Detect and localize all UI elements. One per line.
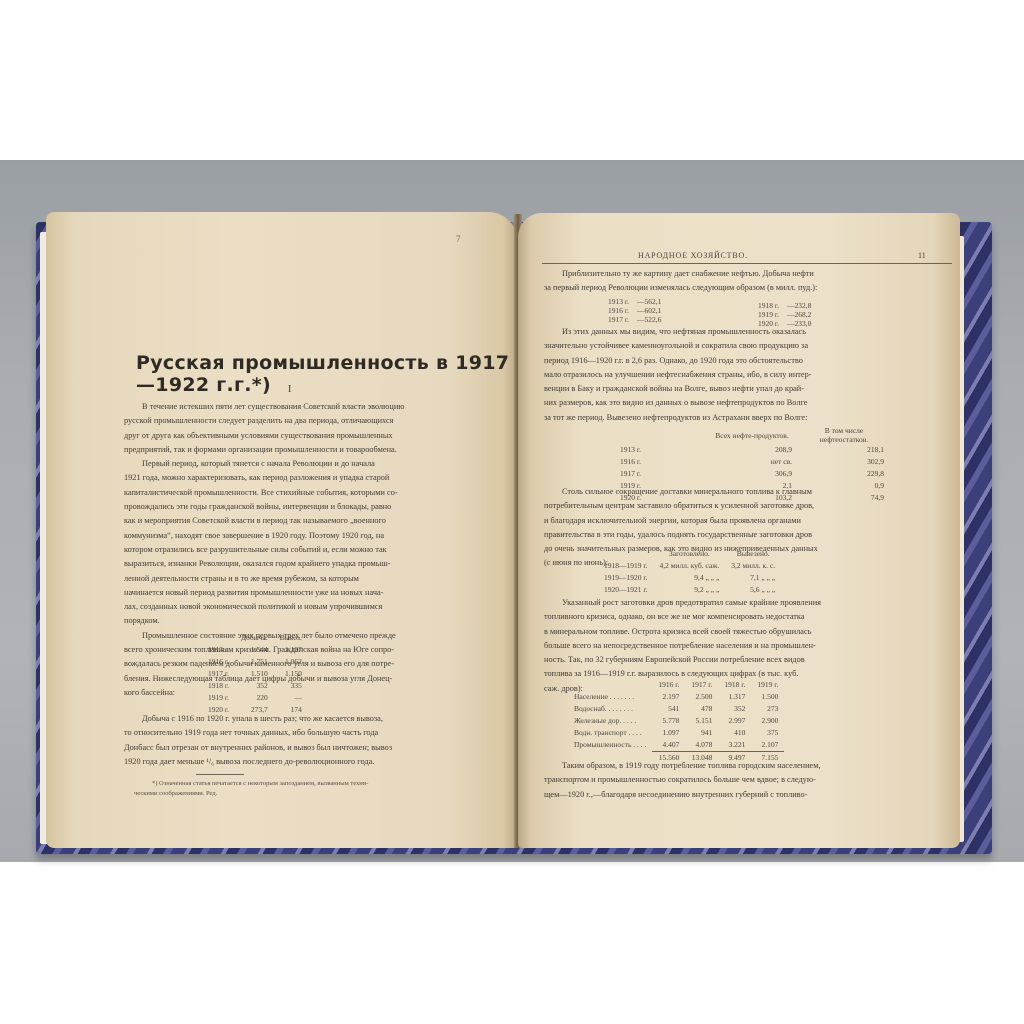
table-cell: 220 [235, 692, 274, 704]
text-line: Первый период, который тянется с начала … [124, 457, 480, 471]
footnote: *) Означенная статья печатается с некото… [134, 779, 480, 799]
table-cell: — [274, 692, 308, 704]
column-header: Вывоз. [274, 632, 308, 644]
left-page: 7 Русская промышленность в 1917—1922 г.г… [46, 212, 518, 848]
table-row: Водн. транспорт . . . .1.097941410375 [568, 727, 784, 739]
column-header [568, 679, 652, 691]
table-row: 1919 г.220— [202, 692, 308, 704]
text-line: щем—1920 г.,—благодаря несоединению внут… [544, 788, 938, 802]
right-page: НАРОДНОЕ ХОЗЯЙСТВО. 11 Приблизительно ту… [518, 213, 960, 848]
value: —602,1 [637, 306, 661, 315]
text-line: Таким образом, в 1919 году потребление т… [544, 759, 938, 773]
table-row: Население . . . . . . .2.1972.5001.3171.… [568, 691, 784, 703]
column-header [614, 426, 706, 444]
oil-production-item: 1919 г.—268,2 [758, 310, 811, 319]
column-header: Заготовлено. [653, 548, 725, 560]
text-line: *) Означенная статья печатается с некото… [134, 779, 480, 789]
column-header: Всех нефте-продуктов. [706, 426, 798, 444]
running-head: НАРОДНОЕ ХОЗЯЙСТВО. [638, 251, 748, 260]
text-line: ческими соображениями. Ред. [134, 789, 480, 799]
row-label: 1916 г. [202, 656, 235, 668]
text-line: капиталистической промышленности. Все ст… [124, 486, 480, 500]
row-label: 1916 г. [614, 456, 706, 468]
table-cell: 302,9 [798, 456, 890, 468]
table-cell: 4,2 милл. куб. саж. [653, 560, 725, 572]
table-cell: 541 [652, 703, 685, 715]
table-cell: 1.062 [274, 656, 308, 668]
page-marker: 7 [456, 234, 461, 244]
row-label: 1917 г. [202, 668, 235, 680]
column-header: 1917 г. [685, 679, 718, 691]
table-cell: 4.407 [652, 739, 685, 752]
table-cell: 1.751 [235, 656, 274, 668]
text-line: ность. Так, по 32 губерниям Европейской … [544, 653, 938, 667]
table-cell: 2.997 [718, 715, 751, 727]
table-row: Промышленность . . . .4.4074.0783.2212.1… [568, 739, 784, 752]
value: —522,6 [637, 315, 661, 324]
row-label: 1913 г. [202, 644, 235, 656]
text-line: них размеров, как это видно из данных о … [544, 396, 938, 410]
table-row: Железные дор. . . . .5.7785.1512.9972.90… [568, 715, 784, 727]
text-line: Донбасс был отрезан от внутренних районо… [124, 741, 480, 755]
table-row: 1918—1919 г.4,2 милл. куб. саж.3,2 милл.… [598, 560, 781, 572]
table-cell: 335 [274, 680, 308, 692]
page-number: 11 [918, 251, 926, 260]
text-line: венции в Баку и гражданской войны на Вол… [544, 382, 938, 396]
column-header [202, 632, 235, 644]
table-cell: 1.097 [652, 727, 685, 739]
table-cell: 9,4 „ „ „ [653, 572, 725, 584]
table-cell: 1.317 [718, 691, 751, 703]
column-header: 1918 г. [718, 679, 751, 691]
text-line: выразиться, изнанки Революции, оказался … [124, 557, 480, 571]
year: 1916 г. [608, 306, 629, 315]
text-line: мало отразилось на улучшении нефтеснабже… [544, 368, 938, 382]
row-label: 1918—1919 г. [598, 560, 653, 572]
fuel-consumption-table: 1916 г.1917 г.1918 г.1919 г.Население . … [568, 679, 784, 764]
table-row: 1917 г.306,9229,8 [614, 468, 890, 480]
paragraph: В течение истекших пяти лет существовани… [124, 400, 480, 457]
paragraph-oil: Приблизительно ту же картину дает снабже… [544, 267, 938, 296]
wood-table: Заготовлено.Вывезено.1918—1919 г.4,2 мил… [598, 548, 781, 596]
table-cell: 1.500 [751, 691, 784, 703]
table-header-row: Добыча.Вывоз. [202, 632, 308, 644]
year: 1919 г. [758, 310, 779, 319]
table-cell: 2.500 [685, 691, 718, 703]
table-cell: 9,2 „ „ „ [653, 584, 725, 596]
paragraph: Первый период, который тянется с начала … [124, 457, 480, 629]
text-line: друг от друга как объективными условиями… [124, 429, 480, 443]
table-header-row: 1916 г.1917 г.1918 г.1919 г. [568, 679, 784, 691]
table-row: 1913 г.208,9218,1 [614, 444, 890, 456]
row-label: Промышленность . . . . [568, 739, 652, 752]
table-row: 1917 г.1.5101.150 [202, 668, 308, 680]
table-cell: 941 [685, 727, 718, 739]
section-number: I [288, 384, 291, 395]
text-line: как и мероприятия Советской власти в пер… [124, 514, 480, 528]
table-cell: 4.078 [685, 739, 718, 752]
text-line: в минеральном топливе. Острота кризиса в… [544, 625, 938, 639]
text-line: лах, созданных новой экономической полит… [124, 600, 480, 614]
table-cell: 229,8 [798, 468, 890, 480]
text-line: больше всего на непосредственное потребл… [544, 639, 938, 653]
row-label: 1913 г. [614, 444, 706, 456]
row-label: 1918 г. [202, 680, 235, 692]
text-line: и благодаря исключительной энергии, кото… [544, 514, 938, 528]
table-header-row: Заготовлено.Вывезено. [598, 548, 781, 560]
text-line: котором отразились все разрушительные си… [124, 543, 480, 557]
value: —268,2 [787, 310, 811, 319]
table-row: Водоснаб. . . . . . . .541478352273 [568, 703, 784, 715]
text-line: начинается новый период развития промышл… [124, 586, 480, 600]
table-cell: 1.150 [274, 668, 308, 680]
paragraph-oil-analysis: Из этих данных мы видим, что нефтяная пр… [544, 325, 938, 425]
table-cell: 3.221 [718, 739, 751, 752]
text-line: Столь сильное сокращение доставки минера… [544, 485, 938, 499]
row-label: 1919—1920 г. [598, 572, 653, 584]
year: 1917 г. [608, 315, 629, 324]
text-line: коммунизма“, находят свое завершение в 1… [124, 529, 480, 543]
row-label: 1920—1921 г. [598, 584, 653, 596]
year: 1918 г. [758, 301, 779, 310]
text-line: то относительно 1919 года нет точных дан… [124, 726, 480, 740]
article-title: Русская промышленность в 1917—1922 г.г.*… [136, 352, 518, 396]
row-label: Водоснаб. . . . . . . . [568, 703, 652, 715]
text-line: 1921 года, можно характеризовать, как пе… [124, 471, 480, 485]
text-line: В течение истекших пяти лет существовани… [124, 400, 480, 414]
table-header-row: Всех нефте-продуктов.В том числе нефтеос… [614, 426, 890, 444]
text-line: Добыча с 1916 по 1920 г. упала в шесть р… [124, 712, 480, 726]
table-cell: 375 [751, 727, 784, 739]
row-label: 1917 г. [614, 468, 706, 480]
value: —562,1 [637, 297, 661, 306]
table-cell: 273 [751, 703, 784, 715]
header-rule [542, 263, 952, 264]
text-line: Приблизительно ту же картину дает снабже… [544, 267, 938, 281]
table-cell: 352 [718, 703, 751, 715]
column-header: Вывезено. [725, 548, 781, 560]
table-cell: 410 [718, 727, 751, 739]
table-cell: 3,2 милл. к. с. [725, 560, 781, 572]
text-line: ленной деятельности страны и в то же вре… [124, 572, 480, 586]
table-cell: 2.107 [751, 739, 784, 752]
text-line: за первый период Революции изменялась сл… [544, 281, 938, 295]
oil-production-item: 1918 г.—232,8 [758, 301, 811, 310]
text-line: потребительным центрам заставило обратит… [544, 499, 938, 513]
column-header: 1916 г. [652, 679, 685, 691]
text-line: период 1916—1920 г.г. в 2,6 раз. Однако,… [544, 354, 938, 368]
table-cell: 2.900 [751, 715, 784, 727]
text-line: правительства в эти годы, удалось поднят… [544, 528, 938, 542]
text-line: транспортом и промышленностью сократилос… [544, 773, 938, 787]
table-row: 1920—1921 г.9,2 „ „ „5,6 „ „ „ [598, 584, 781, 596]
value: —232,8 [787, 301, 811, 310]
table-cell: 5.778 [652, 715, 685, 727]
year: 1913 г. [608, 297, 629, 306]
oil-production-item: 1913 г.—562,1 [608, 297, 661, 306]
column-header: Добыча. [235, 632, 274, 644]
text-line: русской промышленности следует разделить… [124, 414, 480, 428]
table-cell: 478 [685, 703, 718, 715]
table-cell: 1.544 [235, 644, 274, 656]
table-row: 1916 г.1.7511.062 [202, 656, 308, 668]
oil-production-item: 1917 г.—522,6 [608, 315, 661, 324]
article-body-after-table: Добыча с 1916 по 1920 г. упала в шесть р… [124, 712, 480, 769]
table-cell: 7,1 „ „ „ [725, 572, 781, 584]
table-cell: нет св. [706, 456, 798, 468]
table-cell: 306,9 [706, 468, 798, 480]
table-cell: 5.151 [685, 715, 718, 727]
oil-production-item: 1916 г.—602,1 [608, 306, 661, 315]
text-line: за тот же период. Вывезено нефтепродукто… [544, 411, 938, 425]
text-line: 1920 года дает меньше ¹/₆ вывоза последн… [124, 755, 480, 769]
table-cell: 208,9 [706, 444, 798, 456]
table-cell: 1.197 [274, 644, 308, 656]
table-cell: 1.510 [235, 668, 274, 680]
text-line: значительно устойчивее каменноугольной и… [544, 339, 938, 353]
table-row: 1916 г.нет св.302,9 [614, 456, 890, 468]
coal-table: Добыча.Вывоз.1913 г.1.5441.1971916 г.1.7… [202, 632, 308, 716]
table-row: 1919—1920 г.9,4 „ „ „7,1 „ „ „ [598, 572, 781, 584]
text-line: предприятий, так и формами организации п… [124, 443, 480, 457]
column-header: В том числе нефтеостатков. [798, 426, 890, 444]
table-cell: 2.197 [652, 691, 685, 703]
table-cell: 5,6 „ „ „ [725, 584, 781, 596]
paragraph-conclusion: Таким образом, в 1919 году потребление т… [544, 759, 938, 802]
text-line: топливного кризиса, однако, он все же не… [544, 610, 938, 624]
row-label: Железные дор. . . . . [568, 715, 652, 727]
text-line: провождались эти годы гражданской войны,… [124, 500, 480, 514]
text-line: Из этих данных мы видим, что нефтяная пр… [544, 325, 938, 339]
table-cell: 218,1 [798, 444, 890, 456]
text-line: Указанный рост заготовки дров предотврат… [544, 596, 938, 610]
row-label: 1919 г. [202, 692, 235, 704]
table-cell: 352 [235, 680, 274, 692]
row-label: Водн. транспорт . . . . [568, 727, 652, 739]
text-line: порядком. [124, 614, 480, 628]
table-row: 1918 г.352335 [202, 680, 308, 692]
footnote-rule [196, 774, 244, 775]
column-header: 1919 г. [751, 679, 784, 691]
row-label: Население . . . . . . . [568, 691, 652, 703]
table-row: 1913 г.1.5441.197 [202, 644, 308, 656]
column-header [598, 548, 653, 560]
